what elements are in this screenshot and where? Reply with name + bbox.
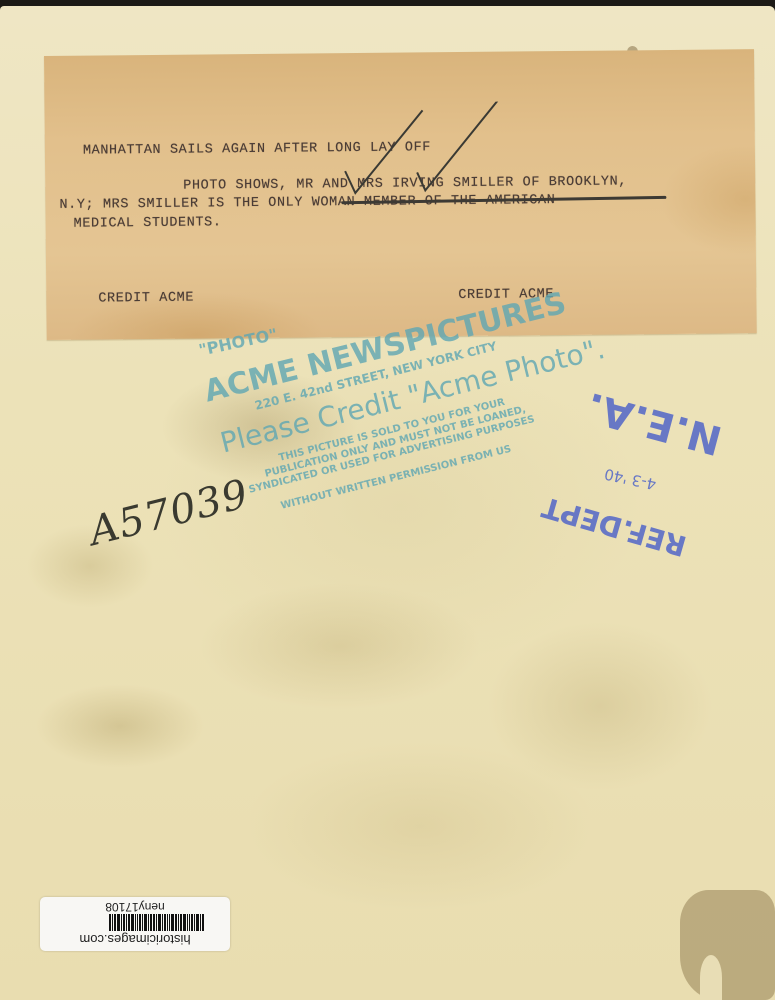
barcode-label: historicimages.com neny17108 (40, 897, 230, 951)
barcode-icon (64, 914, 204, 931)
barcode-site: historicimages.com (40, 932, 230, 947)
caption-body-line-3: MEDICAL STUDENTS. (74, 215, 222, 231)
checkmark-icon (334, 101, 535, 203)
water-stain (680, 890, 775, 1000)
barcode-code: neny17108 (40, 900, 230, 914)
credit-left: CREDIT ACME (98, 291, 194, 307)
water-stain-gap (700, 955, 722, 1000)
caption-slip: MANHATTAN SAILS AGAIN AFTER LONG LAY OFF… (44, 49, 757, 340)
